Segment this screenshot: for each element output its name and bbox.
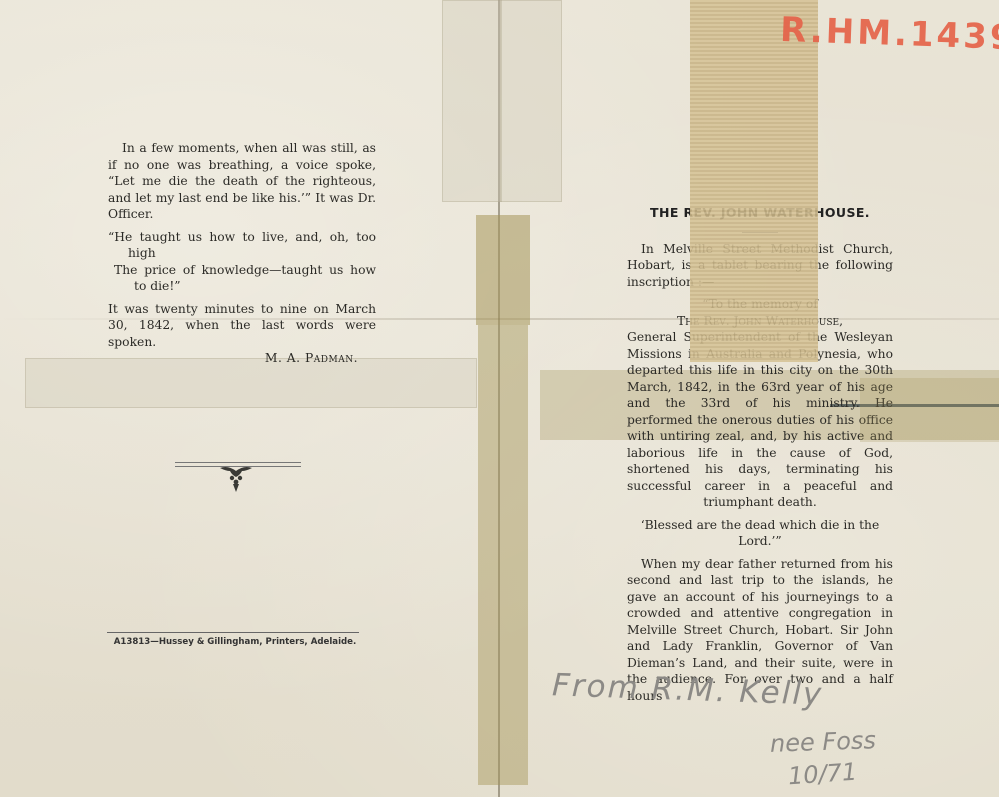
- catalog-number: R.HM.1439: [779, 10, 999, 58]
- verse-line: The price of knowledge—taught us how to …: [108, 262, 376, 295]
- paragraph: In a few moments, when all was still, as…: [108, 140, 376, 223]
- clear-tape-strip: [500, 0, 562, 202]
- paragraph: It was twenty minutes to nine on March 3…: [108, 301, 376, 351]
- aged-tape-strip: [860, 378, 999, 442]
- fleuron-ornament-icon: [218, 465, 254, 493]
- inscription-quote: ‘Blessed are the dead which die in the L…: [627, 517, 893, 550]
- clear-tape-strip: [442, 0, 502, 202]
- left-page-text: In a few moments, when all was still, as…: [108, 140, 376, 367]
- aged-tape-strip: [476, 215, 530, 325]
- aged-tape-strip: [478, 325, 528, 785]
- printer-rule: [107, 632, 359, 633]
- printer-imprint: A13813—Hussey & Gillingham, Printers, Ad…: [110, 637, 360, 647]
- verse-line: “He taught us how to live, and, oh, too …: [108, 229, 376, 262]
- pencil-note-maiden-name: nee Foss: [770, 726, 877, 758]
- pencil-note-date: 10/71: [787, 758, 858, 791]
- paper-tape-strip: [690, 0, 818, 362]
- signature: M. A. Padman.: [108, 350, 376, 367]
